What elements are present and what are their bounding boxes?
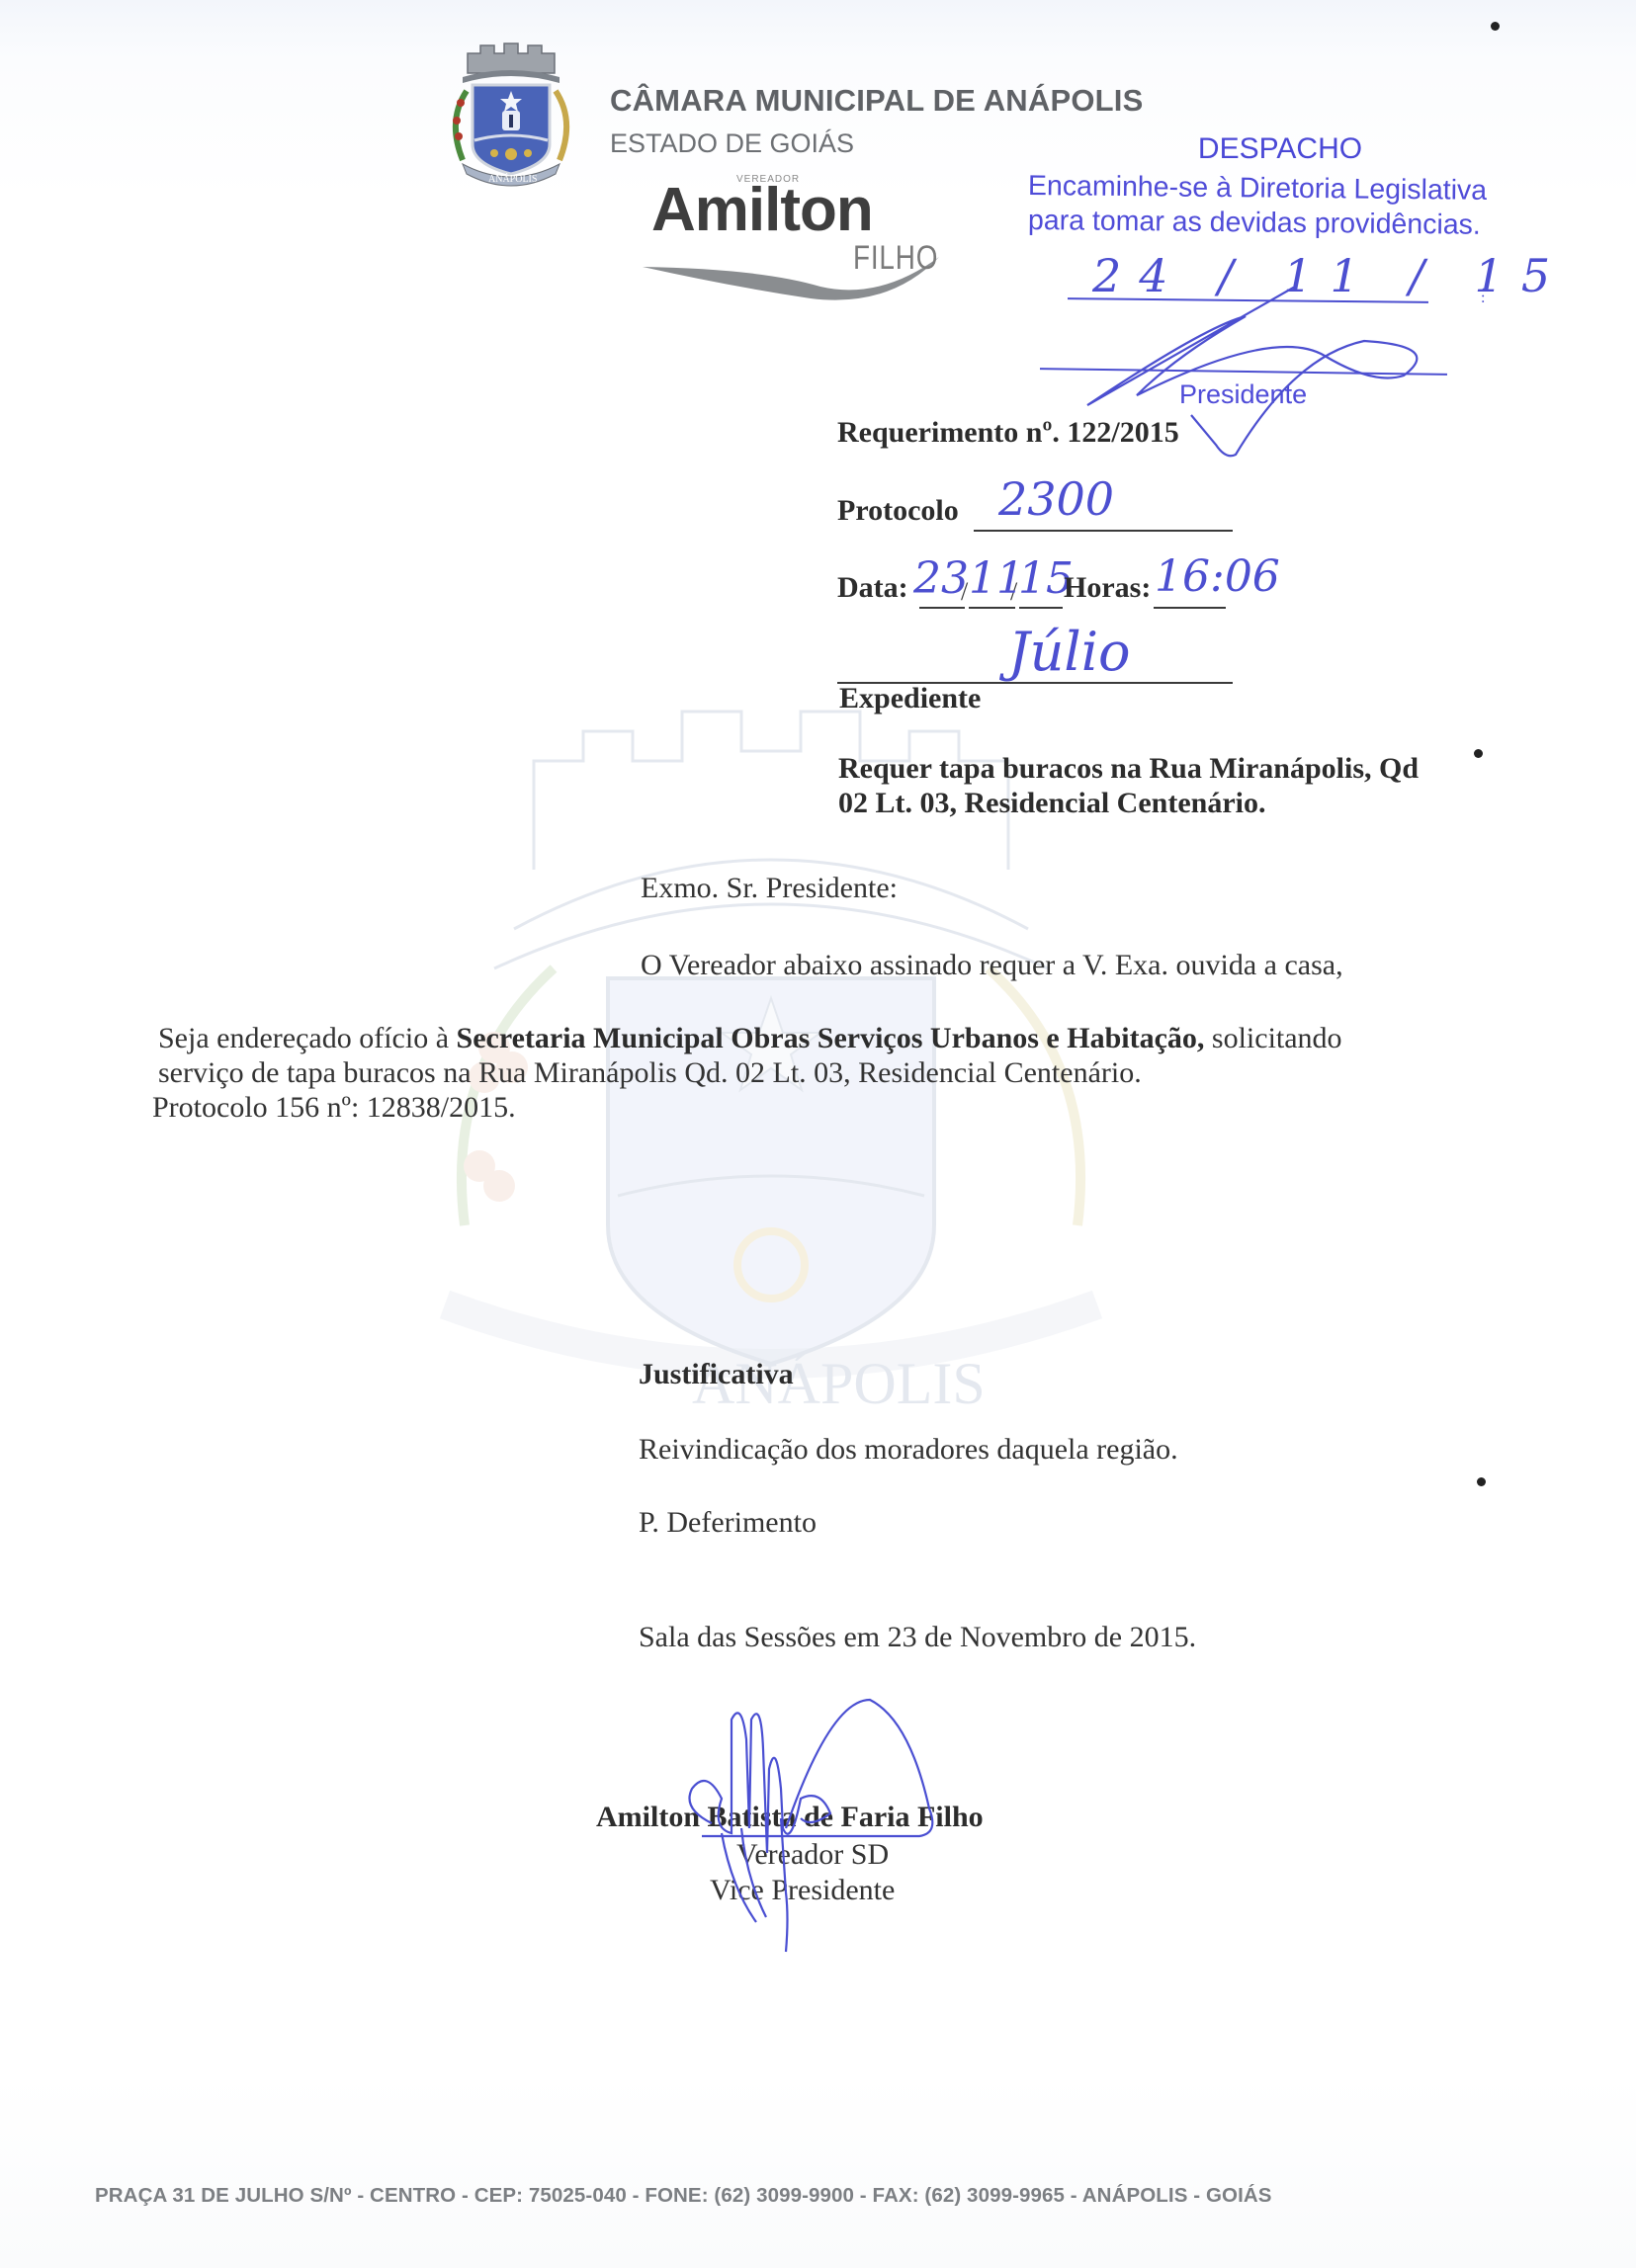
- date-year-line: [1019, 607, 1063, 609]
- salutation: Exmo. Sr. Presidente:: [641, 872, 898, 905]
- stamp-dots-mark: ·:: [1481, 287, 1486, 302]
- scan-mark-dot: [1477, 1477, 1486, 1486]
- protocol-value: 2300: [998, 472, 1114, 526]
- time-field-line: [1154, 607, 1226, 609]
- closing-deferimento: P. Deferimento: [639, 1506, 817, 1540]
- organization-name: CÂMARA MUNICIPAL DE ANÁPOLIS: [610, 83, 1144, 119]
- scan-mark-dot: [1474, 749, 1483, 758]
- subject-line2: 02 Lt. 03, Residencial Centenário.: [838, 786, 1419, 820]
- stamp-instruction-line2: para tomar as devidas providências.: [1028, 205, 1481, 242]
- request-subject: Requer tapa buracos na Rua Miranápolis, …: [838, 751, 1419, 820]
- councilor-brand-logo: VEREADOR Amilton FILHO: [643, 170, 939, 303]
- time-label: Horas:: [1064, 571, 1151, 605]
- protocol-field-line: [974, 530, 1233, 532]
- date-month-line: [969, 607, 1015, 609]
- footer-address: PRAÇA 31 DE JULHO S/Nº - CENTRO - CEP: 7…: [95, 2184, 1272, 2208]
- brand-name: Amilton: [651, 180, 873, 241]
- expediente-signature: Júlio: [1008, 621, 1130, 683]
- para-line3: Protocolo 156 nº: 12838/2015.: [152, 1090, 1342, 1125]
- coat-of-arms-icon: ANÁPOLIS: [433, 42, 589, 200]
- para-line2: serviço de tapa buracos na Rua Miranápol…: [158, 1055, 1342, 1090]
- stamp-title: DESPACHO: [1147, 132, 1414, 166]
- para-secretariat: Secretaria Municipal Obras Serviços Urba…: [457, 1022, 1205, 1054]
- para-suffix: solicitando: [1204, 1022, 1341, 1054]
- organization-state: ESTADO DE GOIÁS: [610, 128, 854, 159]
- councilor-signature-icon: [672, 1680, 969, 1957]
- date-day-value: 23: [913, 553, 969, 604]
- subject-line1: Requer tapa buracos na Rua Miranápolis, …: [838, 751, 1419, 786]
- place-and-date: Sala das Sessões em 23 de Novembro de 20…: [639, 1621, 1196, 1654]
- expediente-label: Expediente: [839, 682, 981, 715]
- date-day-line: [919, 607, 965, 609]
- para-prefix: Seja endereçado ofício à: [158, 1022, 457, 1054]
- justification-text: Reivindicação dos moradores daquela regi…: [639, 1433, 1178, 1467]
- request-paragraph: Seja endereçado ofício à Secretaria Muni…: [158, 1021, 1342, 1125]
- date-month-value: 11: [969, 553, 1024, 604]
- date-label: Data:: [837, 571, 908, 605]
- time-value: 16:06: [1155, 551, 1280, 602]
- justification-title: Justificativa: [639, 1358, 794, 1391]
- stamp-instruction-line1: Encaminhe-se à Diretoria Legislativa: [1028, 170, 1487, 208]
- scan-mark-dot: [1491, 22, 1500, 31]
- crest-motto: ANÁPOLIS: [488, 173, 537, 185]
- intro-paragraph: O Vereador abaixo assinado requer a V. E…: [641, 949, 1343, 982]
- protocol-label: Protocolo: [837, 494, 959, 528]
- request-number: Requerimento nº. 122/2015: [837, 416, 1179, 450]
- brand-suffix: FILHO: [853, 239, 938, 278]
